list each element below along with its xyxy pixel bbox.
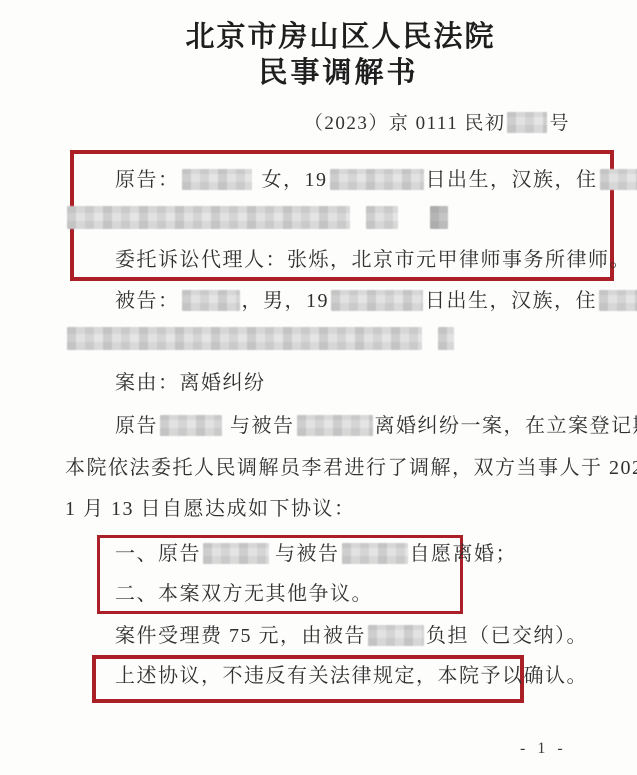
text-segment: 日出生，汉族，住 — [426, 169, 598, 191]
text-segment: 女，19 — [262, 169, 328, 191]
redaction-block — [438, 327, 454, 350]
text-segment: 一、原告 — [115, 543, 201, 565]
mediation-paragraph-line-2: 本院依法委托人民调解员李君进行了调解，双方当事人于 2023 年 — [65, 455, 637, 482]
text-segment: 被告： — [115, 290, 180, 312]
redaction-block — [67, 327, 422, 350]
mediation-paragraph-line-1: 原告与被告离婚纠纷一案，在立案登记期间， — [115, 413, 637, 440]
counsel-line: 委托诉讼代理人：张烁，北京市元甲律师事务所律师。 — [115, 247, 631, 274]
text-segment: 号 — [549, 113, 570, 134]
redaction-block — [297, 415, 373, 436]
defendant-address-line — [65, 327, 456, 354]
text-segment: 自愿离婚； — [410, 543, 518, 565]
confirmation-line: 上述协议，不违反有关法律规定，本院予以确认。 — [115, 663, 588, 690]
redaction-block — [67, 206, 350, 229]
redaction-block — [600, 169, 637, 190]
redaction-block — [366, 206, 398, 229]
redaction-block — [430, 206, 448, 229]
agreement-item-1: 一、原告与被告自愿离婚； — [115, 541, 517, 568]
agreement-item-2: 二、本案双方无其他争议。 — [115, 581, 373, 608]
redaction-block — [599, 290, 637, 311]
text-segment: 本院依法委托人民调解员李君进行了调解，双方当事人于 2023 年 — [65, 457, 637, 479]
text-segment: 负担（已交纳）。 — [426, 625, 588, 647]
text-segment: 案由：离婚纠纷 — [115, 372, 266, 394]
redaction-block — [342, 543, 408, 564]
redaction-block — [331, 290, 423, 311]
court-name: 北京市房山区人民法院 — [22, 14, 637, 55]
court-fee-line: 案件受理费 75 元，由被告负担（已交纳）。 — [115, 623, 588, 650]
redaction-block — [160, 415, 222, 436]
cause-line: 案由：离婚纠纷 — [115, 370, 266, 397]
text-segment: 上述协议，不违反有关法律规定，本院予以确认。 — [115, 665, 588, 687]
document-page: 北京市房山区人民法院 民事调解书 （2023）京 0111 民初号原告：女，19… — [0, 0, 637, 775]
text-segment: 原告： — [115, 169, 180, 191]
redaction-gap — [424, 345, 436, 346]
text-segment: 1 月 13 日自愿达成如下协议： — [65, 498, 356, 520]
text-segment: ，男，19 — [242, 290, 330, 312]
text-segment: 与被告 — [275, 543, 340, 565]
text-segment: （2023）京 0111 民初 — [304, 113, 506, 134]
redaction-gap — [400, 224, 428, 225]
redaction-block — [330, 169, 424, 190]
case-number-line: （2023）京 0111 民初号 — [304, 110, 570, 137]
redaction-gap — [254, 185, 262, 186]
redaction-block — [203, 543, 269, 564]
page-number: - 1 - — [520, 740, 567, 758]
text-segment: 委托诉讼代理人：张烁，北京市元甲律师事务所律师。 — [115, 249, 631, 271]
redaction-block — [182, 290, 240, 311]
text-segment: 原告 — [115, 415, 158, 437]
redaction-block — [507, 112, 547, 133]
defendant-line: 被告：，男，19日出生，汉族，住 — [115, 288, 637, 315]
mediation-paragraph-line-3: 1 月 13 日自愿达成如下协议： — [65, 496, 356, 523]
text-segment: 二、本案双方无其他争议。 — [115, 583, 373, 605]
plaintiff-address-line — [65, 206, 450, 233]
document-type-title: 民事调解书 — [20, 50, 637, 91]
text-segment: 日出生，汉族，住 — [425, 290, 597, 312]
text-segment: 案件受理费 75 元，由被告 — [115, 625, 366, 647]
text-segment: 离婚纠纷一案，在立案登记期间， — [375, 415, 637, 437]
redaction-gap — [352, 224, 364, 225]
redaction-block — [182, 169, 252, 190]
text-segment: 与被告 — [230, 415, 295, 437]
plaintiff-line: 原告：女，19日出生，汉族，住 — [115, 167, 637, 194]
redaction-block — [368, 625, 424, 646]
